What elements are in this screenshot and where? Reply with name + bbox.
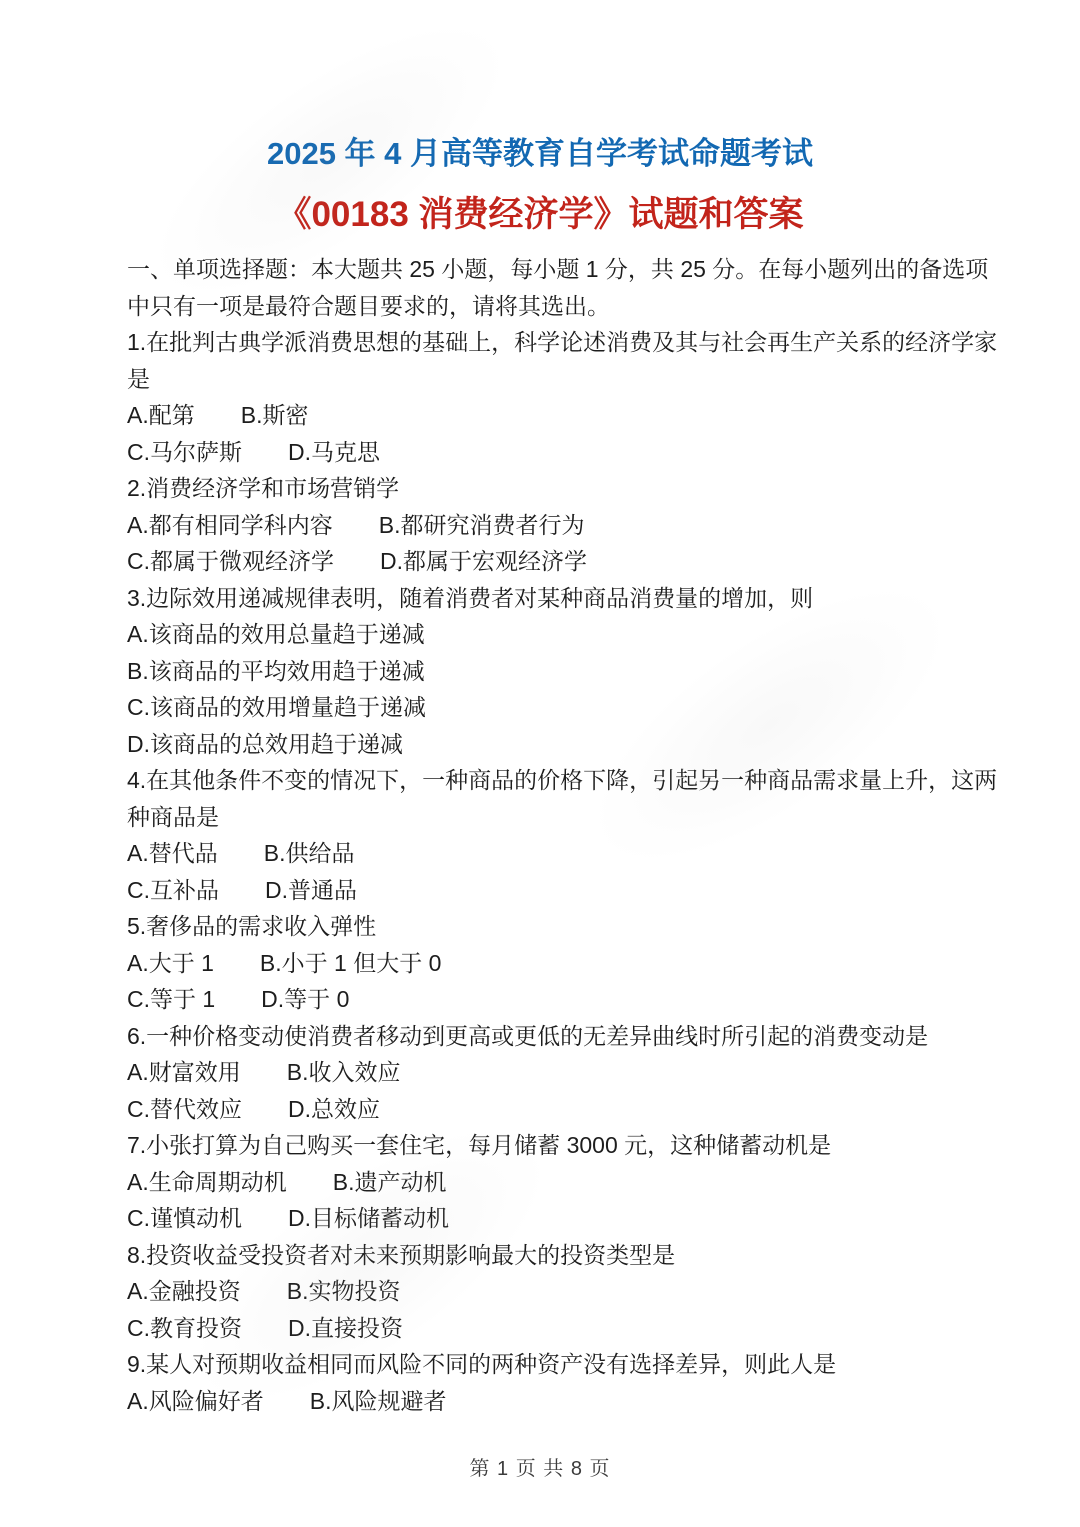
question-5: 5.奢侈品的需求收入弹性 A.大于 1 B.小于 1 但大于 0 C.等于 1 … [127, 908, 1000, 1018]
question-1: 1.在批判古典学派消费思想的基础上，科学论述消费及其与社会再生产关系的经济学家 … [127, 324, 1000, 470]
question-8: 8.投资收益受投资者对未来预期影响最大的投资类型是 A.金融投资 B.实物投资 … [127, 1237, 1000, 1347]
option-row: A.金融投资 B.实物投资 [127, 1273, 1000, 1310]
question-stem-line: 1.在批判古典学派消费思想的基础上，科学论述消费及其与社会再生产关系的经济学家 [127, 324, 1000, 361]
option-row: A.风险偏好者 B.风险规避者 [127, 1383, 1000, 1420]
question-stem-line: 8.投资收益受投资者对未来预期影响最大的投资类型是 [127, 1237, 1000, 1274]
section-header-line: 一、单项选择题：本大题共 25 小题，每小题 1 分，共 25 分。在每小题列出… [127, 251, 1000, 288]
question-stem-line: 9.某人对预期收益相同而风险不同的两种资产没有选择差异，则此人是 [127, 1346, 1000, 1383]
option-row: C.谨慎动机 D.目标储蓄动机 [127, 1200, 1000, 1237]
option-row: A.该商品的效用总量趋于递减 [127, 616, 1000, 653]
exam-title: 2025 年 4 月高等教育自学考试命题考试 [0, 0, 1080, 175]
question-9: 9.某人对预期收益相同而风险不同的两种资产没有选择差异，则此人是 A.风险偏好者… [127, 1346, 1000, 1419]
question-7: 7.小张打算为自己购买一套住宅，每月储蓄 3000 元，这种储蓄动机是 A.生命… [127, 1127, 1000, 1237]
question-stem-line: 是 [127, 361, 1000, 398]
question-4: 4.在其他条件不变的情况下，一种商品的价格下降，引起另一种商品需求量上升，这两 … [127, 762, 1000, 908]
question-stem-line: 种商品是 [127, 799, 1000, 836]
question-6: 6.一种价格变动使消费者移动到更高或更低的无差异曲线时所引起的消费变动是 A.财… [127, 1018, 1000, 1128]
option-row: C.马尔萨斯 D.马克思 [127, 434, 1000, 471]
option-row: C.等于 1 D.等于 0 [127, 981, 1000, 1018]
option-row: C.互补品 D.普通品 [127, 872, 1000, 909]
question-stem-line: 2.消费经济学和市场营销学 [127, 470, 1000, 507]
option-row: D.该商品的总效用趋于递减 [127, 726, 1000, 763]
option-row: C.替代效应 D.总效应 [127, 1091, 1000, 1128]
exam-subtitle: 《00183 消费经济学》试题和答案 [0, 191, 1080, 239]
page-footer: 第 1 页 共 8 页 [0, 1452, 1080, 1481]
question-stem-line: 6.一种价格变动使消费者移动到更高或更低的无差异曲线时所引起的消费变动是 [127, 1018, 1000, 1055]
question-stem-line: 4.在其他条件不变的情况下，一种商品的价格下降，引起另一种商品需求量上升，这两 [127, 762, 1000, 799]
question-3: 3.边际效用递减规律表明，随着消费者对某种商品消费量的增加，则 A.该商品的效用… [127, 580, 1000, 763]
option-row: A.都有相同学科内容 B.都研究消费者行为 [127, 507, 1000, 544]
exam-page: 2025 年 4 月高等教育自学考试命题考试 《00183 消费经济学》试题和答… [0, 0, 1080, 1527]
exam-body: 一、单项选择题：本大题共 25 小题，每小题 1 分，共 25 分。在每小题列出… [0, 239, 1080, 1419]
option-row: A.配第 B.斯密 [127, 397, 1000, 434]
option-row: B.该商品的平均效用趋于递减 [127, 653, 1000, 690]
section-header-line: 中只有一项是最符合题目要求的，请将其选出。 [127, 288, 1000, 325]
option-row: C.教育投资 D.直接投资 [127, 1310, 1000, 1347]
question-stem-line: 3.边际效用递减规律表明，随着消费者对某种商品消费量的增加，则 [127, 580, 1000, 617]
option-row: A.生命周期动机 B.遗产动机 [127, 1164, 1000, 1201]
question-stem-line: 7.小张打算为自己购买一套住宅，每月储蓄 3000 元，这种储蓄动机是 [127, 1127, 1000, 1164]
option-row: A.大于 1 B.小于 1 但大于 0 [127, 945, 1000, 982]
question-stem-line: 5.奢侈品的需求收入弹性 [127, 908, 1000, 945]
option-row: C.都属于微观经济学 D.都属于宏观经济学 [127, 543, 1000, 580]
option-row: A.替代品 B.供给品 [127, 835, 1000, 872]
question-2: 2.消费经济学和市场营销学 A.都有相同学科内容 B.都研究消费者行为 C.都属… [127, 470, 1000, 580]
section-header: 一、单项选择题：本大题共 25 小题，每小题 1 分，共 25 分。在每小题列出… [127, 251, 1000, 324]
option-row: A.财富效用 B.收入效应 [127, 1054, 1000, 1091]
option-row: C.该商品的效用增量趋于递减 [127, 689, 1000, 726]
